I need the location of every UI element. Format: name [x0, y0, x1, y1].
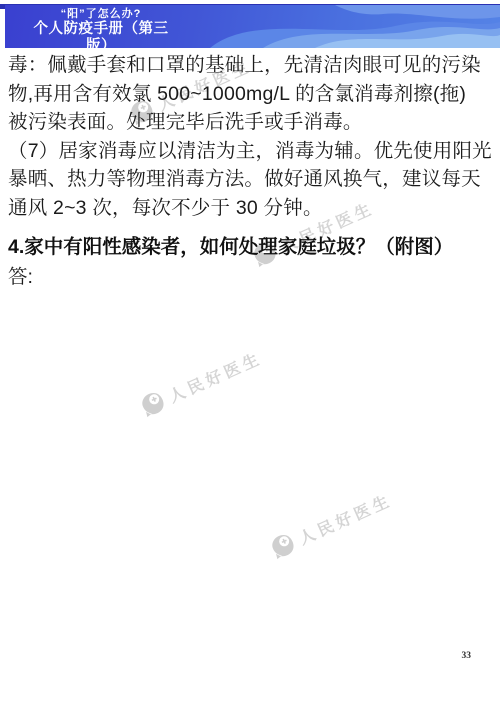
header-banner: “阳”了怎么办? 个人防疫手册（第三版） 做自己健康的第一责任人: [5, 5, 500, 48]
question-heading: 4.家中有阳性感染者，如何处理家庭垃圾？（附图）: [8, 232, 494, 262]
paragraph1-line: 物,再用含有效氯 500~1000mg/L 的含氯消毒剂擦(拖): [8, 80, 494, 109]
watermark: 人民好医生: [266, 486, 396, 563]
watermark: 人民好医生: [136, 344, 266, 421]
paragraph2-line: 暴晒、热力等物理消毒方法。做好通风换气，建议每天: [8, 165, 494, 194]
banner-title: 个人防疫手册（第三版）: [23, 21, 179, 48]
page-number: 33: [462, 651, 472, 661]
pin-heart-logo-icon: [266, 529, 300, 563]
paragraph2-line: （7）居家消毒应以清洁为主，消毒为辅。优先使用阳光: [8, 137, 494, 166]
answer-label: 答:: [8, 262, 108, 292]
paragraph2-line: 通风 2~3 次，每次不少于 30 分钟。: [8, 194, 494, 223]
paragraph1-line: 毒：佩戴手套和口罩的基础上，先清洁肉眼可见的污染: [8, 51, 494, 80]
banner-text-block: “阳”了怎么办? 个人防疫手册（第三版） 做自己健康的第一责任人: [23, 7, 179, 48]
watermark-text: 人民好医生: [295, 487, 396, 549]
banner-topic: “阳”了怎么办?: [23, 7, 179, 21]
paragraph1-line: 被污染表面。处理完毕后洗手或手消毒。: [8, 108, 494, 137]
pin-heart-logo-icon: [136, 387, 170, 421]
document-page: “阳”了怎么办? 个人防疫手册（第三版） 做自己健康的第一责任人 人民好医生 人…: [0, 0, 500, 707]
body-text-block: 毒：佩戴手套和口罩的基础上，先清洁肉眼可见的污染 物,再用含有效氯 500~10…: [8, 51, 494, 222]
watermark-text: 人民好医生: [165, 345, 266, 407]
